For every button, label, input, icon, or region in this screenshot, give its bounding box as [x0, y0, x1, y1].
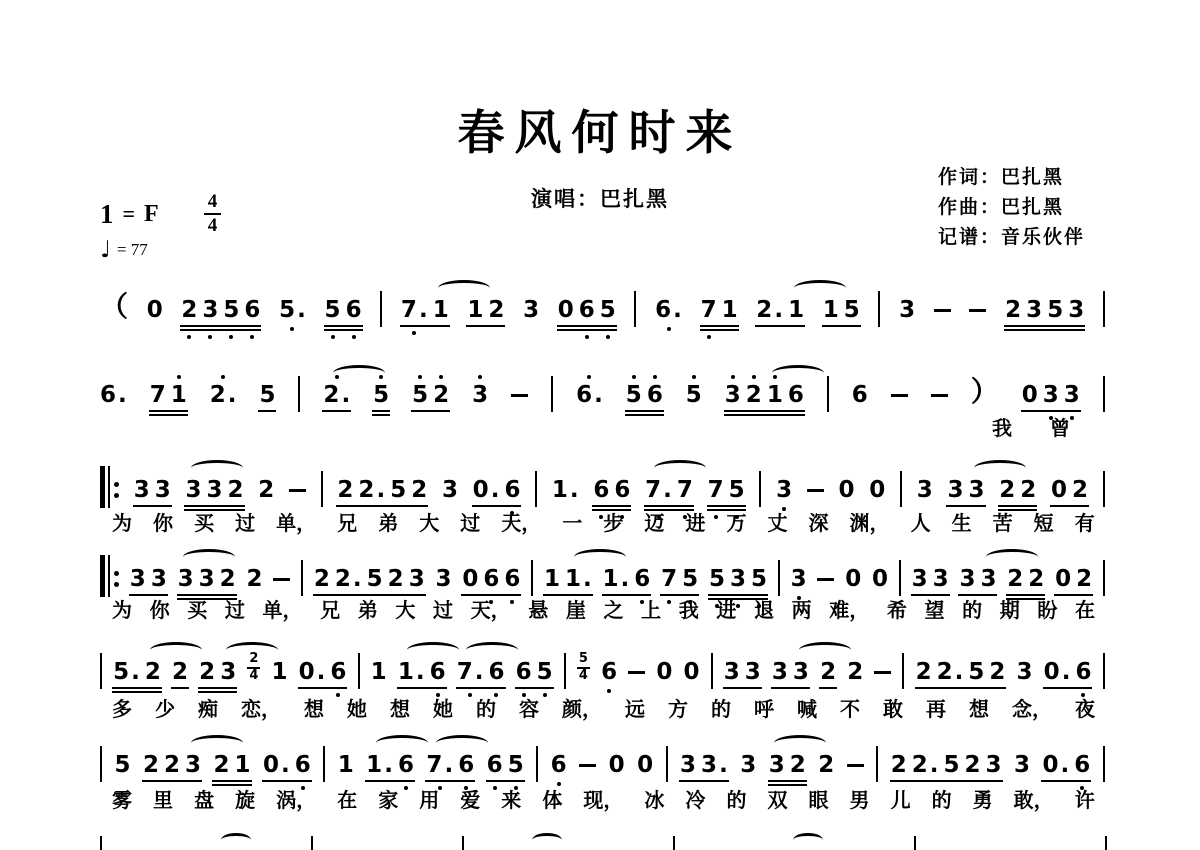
note: 0	[656, 661, 672, 684]
note-digit: 1	[603, 568, 619, 591]
note-digit: 1	[433, 299, 449, 322]
note-digit: 7	[457, 661, 473, 684]
note: 6	[295, 754, 311, 777]
lyric-syllable: 在	[337, 784, 357, 813]
lyric-syllable: 我	[992, 412, 1012, 441]
note-group: 52	[412, 384, 449, 407]
note-digit: 2	[891, 754, 907, 777]
barline	[1103, 291, 1105, 327]
note: 2.	[358, 479, 385, 502]
octave-dot-high	[221, 375, 225, 379]
lyric-syllable: 颜，	[562, 693, 602, 722]
lyric-syllable: 雾	[112, 784, 132, 813]
lyric-syllable: 勇	[973, 784, 993, 813]
beam-line	[258, 410, 276, 412]
open-paren: （	[100, 294, 128, 322]
duration-dot: .	[621, 568, 630, 591]
note-group: 11.	[544, 568, 592, 591]
note-group: 535	[709, 568, 767, 591]
barline	[1103, 471, 1105, 507]
score-line: （023565.567.11230656.712.11532353	[100, 292, 1105, 322]
barline	[535, 471, 537, 507]
note: 6	[346, 299, 362, 322]
note-group: 2	[246, 568, 262, 591]
duration-dot: .	[663, 479, 672, 502]
key-tonic: 1	[100, 199, 114, 230]
beam-line	[700, 329, 739, 331]
repeat-thick-line	[100, 466, 105, 508]
barline	[1103, 376, 1105, 412]
note-digit: 2	[964, 754, 980, 777]
note-group: 23	[199, 661, 236, 684]
lyric-syllable: 想	[969, 693, 989, 722]
lyric-syllable: 万	[726, 507, 746, 536]
barline	[321, 471, 323, 507]
duration-dot: .	[118, 384, 127, 407]
key-value: F	[144, 201, 159, 228]
note-digit: 2	[213, 754, 229, 777]
note: 2	[143, 754, 159, 777]
beam-line	[768, 780, 807, 782]
score-line: 5223210.611.67.66560033.332222.52330.6	[100, 747, 1105, 777]
note-digit: 6	[1074, 754, 1090, 777]
note: 6	[579, 299, 595, 322]
note: 5	[390, 479, 406, 502]
lyric-syllable: 买	[187, 594, 207, 623]
note-group: 33	[130, 568, 167, 591]
credit-line-lyricist: 作词：巴扎黑	[938, 163, 1085, 193]
note: 2	[790, 754, 806, 777]
note-digit: 3	[791, 568, 807, 591]
note-group: 33	[724, 661, 761, 684]
lyric-syllable: 弟	[378, 507, 398, 536]
note: 6	[504, 479, 520, 502]
note-group: 2	[818, 754, 834, 777]
note: 3	[220, 661, 236, 684]
note-digit: 7	[708, 479, 724, 502]
note: 3	[959, 568, 975, 591]
note-digit: 6	[458, 754, 474, 777]
note-digit: 6	[398, 754, 414, 777]
slur-arc	[793, 833, 823, 847]
note: 7.	[457, 661, 484, 684]
lyric-syllable: 想	[390, 693, 410, 722]
note: 5.	[279, 299, 306, 322]
duration-dot: .	[955, 661, 964, 684]
slur-arc	[532, 833, 562, 847]
note-group: 66	[593, 479, 630, 502]
ts-denominator: 4	[247, 667, 260, 684]
note-digit: 2	[172, 661, 188, 684]
note-digit: 2	[1020, 479, 1036, 502]
beam-line	[112, 687, 162, 689]
note-digit: 5	[367, 568, 383, 591]
note: 1	[788, 299, 804, 322]
note-digit: 3	[185, 479, 201, 502]
lyric-syllable: 敢	[883, 693, 903, 722]
beam-line	[515, 687, 554, 689]
lyric-syllable: 过	[225, 594, 245, 623]
note-digit: 2	[411, 479, 427, 502]
note-group: 3	[917, 479, 933, 502]
note: 6	[330, 661, 346, 684]
note: 5	[626, 384, 642, 407]
note-digit: 6	[634, 568, 650, 591]
beam-line	[180, 325, 261, 327]
lyric-syllable: 上	[641, 594, 661, 623]
note: 3	[1043, 384, 1059, 407]
note-group: 7.1	[401, 299, 449, 322]
beam-line	[723, 687, 762, 689]
note: 3	[1068, 299, 1084, 322]
beam-line	[771, 687, 810, 689]
note: 0	[1051, 479, 1067, 502]
note-digit: 2	[335, 568, 351, 591]
lyric-syllable: 弟	[358, 594, 378, 623]
note-digit: 2	[847, 661, 863, 684]
lyric-syllable: 双	[767, 784, 787, 813]
note-group: 2.	[210, 384, 237, 407]
note: 6.	[655, 299, 682, 322]
lyric-syllable: 冷	[685, 784, 705, 813]
note: 6	[488, 661, 504, 684]
note: 2	[1076, 568, 1092, 591]
note-digit: 0	[839, 479, 855, 502]
lyrics-line: 为你买过单，兄弟大过天，一步迈进万丈深渊，人生苦短有	[112, 507, 1095, 536]
duration-dot: .	[930, 754, 939, 777]
score-line: 5.22232410.611.67.6655460033332222.5230.…	[100, 654, 1105, 684]
note-group: 0	[147, 299, 163, 322]
note: 3	[523, 299, 539, 322]
note: 3	[947, 479, 963, 502]
barline	[1103, 560, 1105, 596]
note: 3	[185, 754, 201, 777]
note: 5	[682, 568, 698, 591]
note: 2	[891, 754, 907, 777]
lyric-syllable: 之	[604, 594, 624, 623]
note-digit: 2	[388, 568, 404, 591]
slur-arc	[772, 365, 824, 381]
lyric-syllable: 再	[926, 693, 946, 722]
note: 3	[769, 754, 785, 777]
note-digit: 0	[1051, 479, 1067, 502]
repeat-dots	[114, 571, 119, 587]
note: 6	[647, 384, 663, 407]
duration-dot: .	[583, 568, 592, 591]
lyric-syllable: 男	[850, 784, 870, 813]
note: 5	[751, 568, 767, 591]
note-digit: 2	[1076, 568, 1092, 591]
note-group: 2.	[323, 384, 350, 407]
octave-dot-low	[707, 335, 711, 339]
note-digit: 6	[614, 479, 630, 502]
note: 2	[1005, 299, 1021, 322]
note: 2.	[937, 661, 964, 684]
note-group: 0	[656, 661, 672, 684]
score-line: 6.712.52.55236.56532166）033	[100, 377, 1105, 407]
lyric-syllable: 她	[433, 693, 453, 722]
note-digit: 6	[647, 384, 663, 407]
slur-arc	[794, 280, 846, 296]
beam-line	[486, 780, 525, 782]
note-digit: 7	[661, 568, 677, 591]
note: 3	[199, 568, 215, 591]
note: 3	[740, 754, 756, 777]
note-digit: 3	[178, 568, 194, 591]
note: 5	[367, 568, 383, 591]
barline	[900, 471, 902, 507]
barline	[311, 836, 313, 850]
lyric-syllable: 容	[519, 693, 539, 722]
sheet-music-page: 春风何时来 演唱：巴扎黑 作词：巴扎黑 作曲：巴扎黑 记谱：音乐伙伴 1 = F…	[0, 0, 1200, 850]
note-digit: 5	[1047, 299, 1063, 322]
note-group: 3	[1014, 754, 1030, 777]
note-digit: 0	[869, 479, 885, 502]
beam-line	[1043, 687, 1093, 689]
beam-line	[557, 325, 617, 327]
note: 5	[600, 299, 616, 322]
octave-dot-low	[208, 335, 212, 339]
duration-dot: .	[281, 754, 290, 777]
note-group: 22.52	[916, 661, 1006, 684]
note-digit: 5	[259, 384, 275, 407]
note-digit: 6	[788, 384, 804, 407]
lyric-syllable: 进	[685, 507, 705, 536]
duration-dot: .	[317, 661, 326, 684]
beam-line	[1041, 780, 1091, 782]
duration-dot: .	[444, 754, 453, 777]
lyric-syllable: 两	[792, 594, 812, 623]
note-digit: 5	[751, 568, 767, 591]
note: 0	[839, 479, 855, 502]
note-group: 5	[686, 384, 702, 407]
note-digit: 3	[769, 754, 785, 777]
beam-line	[322, 410, 351, 412]
barline	[462, 836, 464, 850]
lyric-syllable: 天，	[501, 507, 541, 536]
note: 5	[508, 754, 524, 777]
note: 3	[912, 568, 928, 591]
barline	[1105, 836, 1107, 850]
note-digit: 1	[234, 754, 250, 777]
note: 5	[114, 754, 130, 777]
note-digit: 1	[371, 661, 387, 684]
note: 0	[462, 568, 478, 591]
note-digit: 7	[645, 479, 661, 502]
note-group: 065	[558, 299, 616, 322]
note-digit: 6	[601, 661, 617, 684]
note: 1	[234, 754, 250, 777]
beam-line	[411, 410, 450, 412]
note-digit: 0	[147, 299, 163, 322]
note: 2	[314, 568, 330, 591]
credit-line-notation: 记谱：音乐伙伴	[938, 223, 1085, 253]
note-digit: 5	[943, 754, 959, 777]
note-group: 0	[869, 479, 885, 502]
note: 3	[202, 299, 218, 322]
duration-dot: .	[1060, 754, 1069, 777]
duration-dot: .	[594, 384, 603, 407]
note: 2	[433, 384, 449, 407]
beam-line	[724, 414, 805, 416]
note-group: 6	[852, 384, 868, 407]
barline	[902, 653, 904, 689]
lyric-syllable: 家	[378, 784, 398, 813]
slur-arc	[226, 642, 278, 658]
note-digit: 7	[677, 479, 693, 502]
note: 0	[637, 754, 653, 777]
note-digit: 3	[442, 479, 458, 502]
dash-note	[579, 764, 596, 767]
lyric-syllable: 一	[562, 507, 582, 536]
note: 3	[980, 568, 996, 591]
note-group: 0	[637, 754, 653, 777]
note: 2	[1072, 479, 1088, 502]
lyric-syllable: 望	[925, 594, 945, 623]
note: 3	[933, 568, 949, 591]
note-group: 6.	[576, 384, 603, 407]
octave-dot-low	[229, 335, 233, 339]
lyric-syllable: 盘	[194, 784, 214, 813]
barline	[100, 653, 102, 689]
note: 1	[767, 384, 783, 407]
note-digit: 6	[1075, 661, 1091, 684]
key-signature: 1 = F 4 4	[100, 192, 221, 237]
note: 2	[488, 299, 504, 322]
note-group: 3	[791, 568, 807, 591]
note: 0	[869, 479, 885, 502]
note-digit: 0	[1042, 754, 1058, 777]
note: 1	[823, 299, 839, 322]
note-digit: 3	[436, 568, 452, 591]
dash-note	[289, 489, 306, 492]
beam-line	[700, 325, 739, 327]
lyric-syllable: 单，	[263, 594, 303, 623]
note: 6	[483, 568, 499, 591]
note-digit: 3	[1043, 384, 1059, 407]
note-digit: 3	[986, 754, 1002, 777]
octave-dot-low	[667, 327, 671, 331]
note-digit: 3	[959, 568, 975, 591]
note: 2	[220, 568, 236, 591]
note-digit: 0	[462, 568, 478, 591]
note: 2	[999, 479, 1015, 502]
octave-dot-high	[752, 375, 756, 379]
note: 2	[258, 479, 274, 502]
note-group: 2.1	[756, 299, 804, 322]
note-digit: 0	[1022, 384, 1038, 407]
note: 1	[722, 299, 738, 322]
note-digit: 0	[683, 661, 699, 684]
note-digit: 1	[823, 299, 839, 322]
octave-dot-low	[352, 335, 356, 339]
lyric-syllable: 多	[112, 693, 132, 722]
beam-line	[400, 325, 450, 327]
note-group: 1	[272, 661, 288, 684]
note-digit: 2	[323, 384, 339, 407]
note-digit: 2	[916, 661, 932, 684]
note-digit: 2	[746, 384, 762, 407]
note-digit: 1	[565, 568, 581, 591]
note-digit: 5	[709, 568, 725, 591]
note-digit: 2	[937, 661, 953, 684]
lyric-syllable: 念，	[1012, 693, 1052, 722]
lyric-syllable: 爱	[460, 784, 480, 813]
barline	[301, 560, 303, 596]
note-group: 223	[143, 754, 201, 777]
ts-numerator: 5	[579, 652, 588, 667]
note: 1	[272, 661, 288, 684]
note-digit: 5	[508, 754, 524, 777]
dash-note	[817, 578, 834, 581]
note-digit: 3	[1017, 661, 1033, 684]
beam-line	[180, 329, 261, 331]
note-group: 1.	[552, 479, 579, 502]
note-digit: 6	[244, 299, 260, 322]
note: 6.	[576, 384, 603, 407]
lyric-syllable: 的	[711, 693, 731, 722]
note-group: 22	[999, 479, 1036, 502]
note: 3	[206, 479, 222, 502]
octave-dot-high	[379, 375, 383, 379]
note-digit: 3	[1064, 384, 1080, 407]
note: 5	[844, 299, 860, 322]
note-group: 0	[872, 568, 888, 591]
note-digit: 3	[772, 661, 788, 684]
beam-line	[372, 410, 390, 412]
barline	[298, 376, 300, 412]
barline	[899, 560, 901, 596]
note-group: 12	[467, 299, 504, 322]
note: 3	[791, 568, 807, 591]
note-digit: 7	[401, 299, 417, 322]
note-digit: 3	[912, 568, 928, 591]
lyric-syllable: 悬	[528, 594, 548, 623]
note: 5	[373, 384, 389, 407]
note: 2	[818, 754, 834, 777]
lyric-syllable: 期	[1000, 594, 1020, 623]
barline	[914, 836, 916, 850]
lyric-syllable: 恋，	[241, 693, 281, 722]
note-group: 0.6	[1042, 754, 1090, 777]
note-digit: 3	[776, 479, 792, 502]
note: 6	[852, 384, 868, 407]
note: 0	[147, 299, 163, 322]
note: 5	[968, 661, 984, 684]
dash-note	[511, 394, 528, 397]
note-digit: 2	[999, 479, 1015, 502]
repeat-dots	[114, 482, 119, 498]
slur-arc	[574, 549, 626, 565]
note-digit: 0	[609, 754, 625, 777]
note: 3	[776, 479, 792, 502]
note-group: 65	[487, 754, 524, 777]
note-group: 2	[820, 661, 836, 684]
beam-line	[890, 780, 1003, 782]
duration-dot: .	[228, 384, 237, 407]
barline	[358, 653, 360, 689]
note-digit: 3	[725, 384, 741, 407]
beam-line	[456, 687, 506, 689]
note-digit: 1	[171, 384, 187, 407]
lyric-syllable: 过	[433, 594, 453, 623]
lyric-syllable: 里	[153, 784, 173, 813]
note-digit: 2	[220, 568, 236, 591]
note-group: 65	[516, 661, 553, 684]
note-digit: 6	[504, 568, 520, 591]
note: 6	[487, 754, 503, 777]
note: 3	[155, 479, 171, 502]
